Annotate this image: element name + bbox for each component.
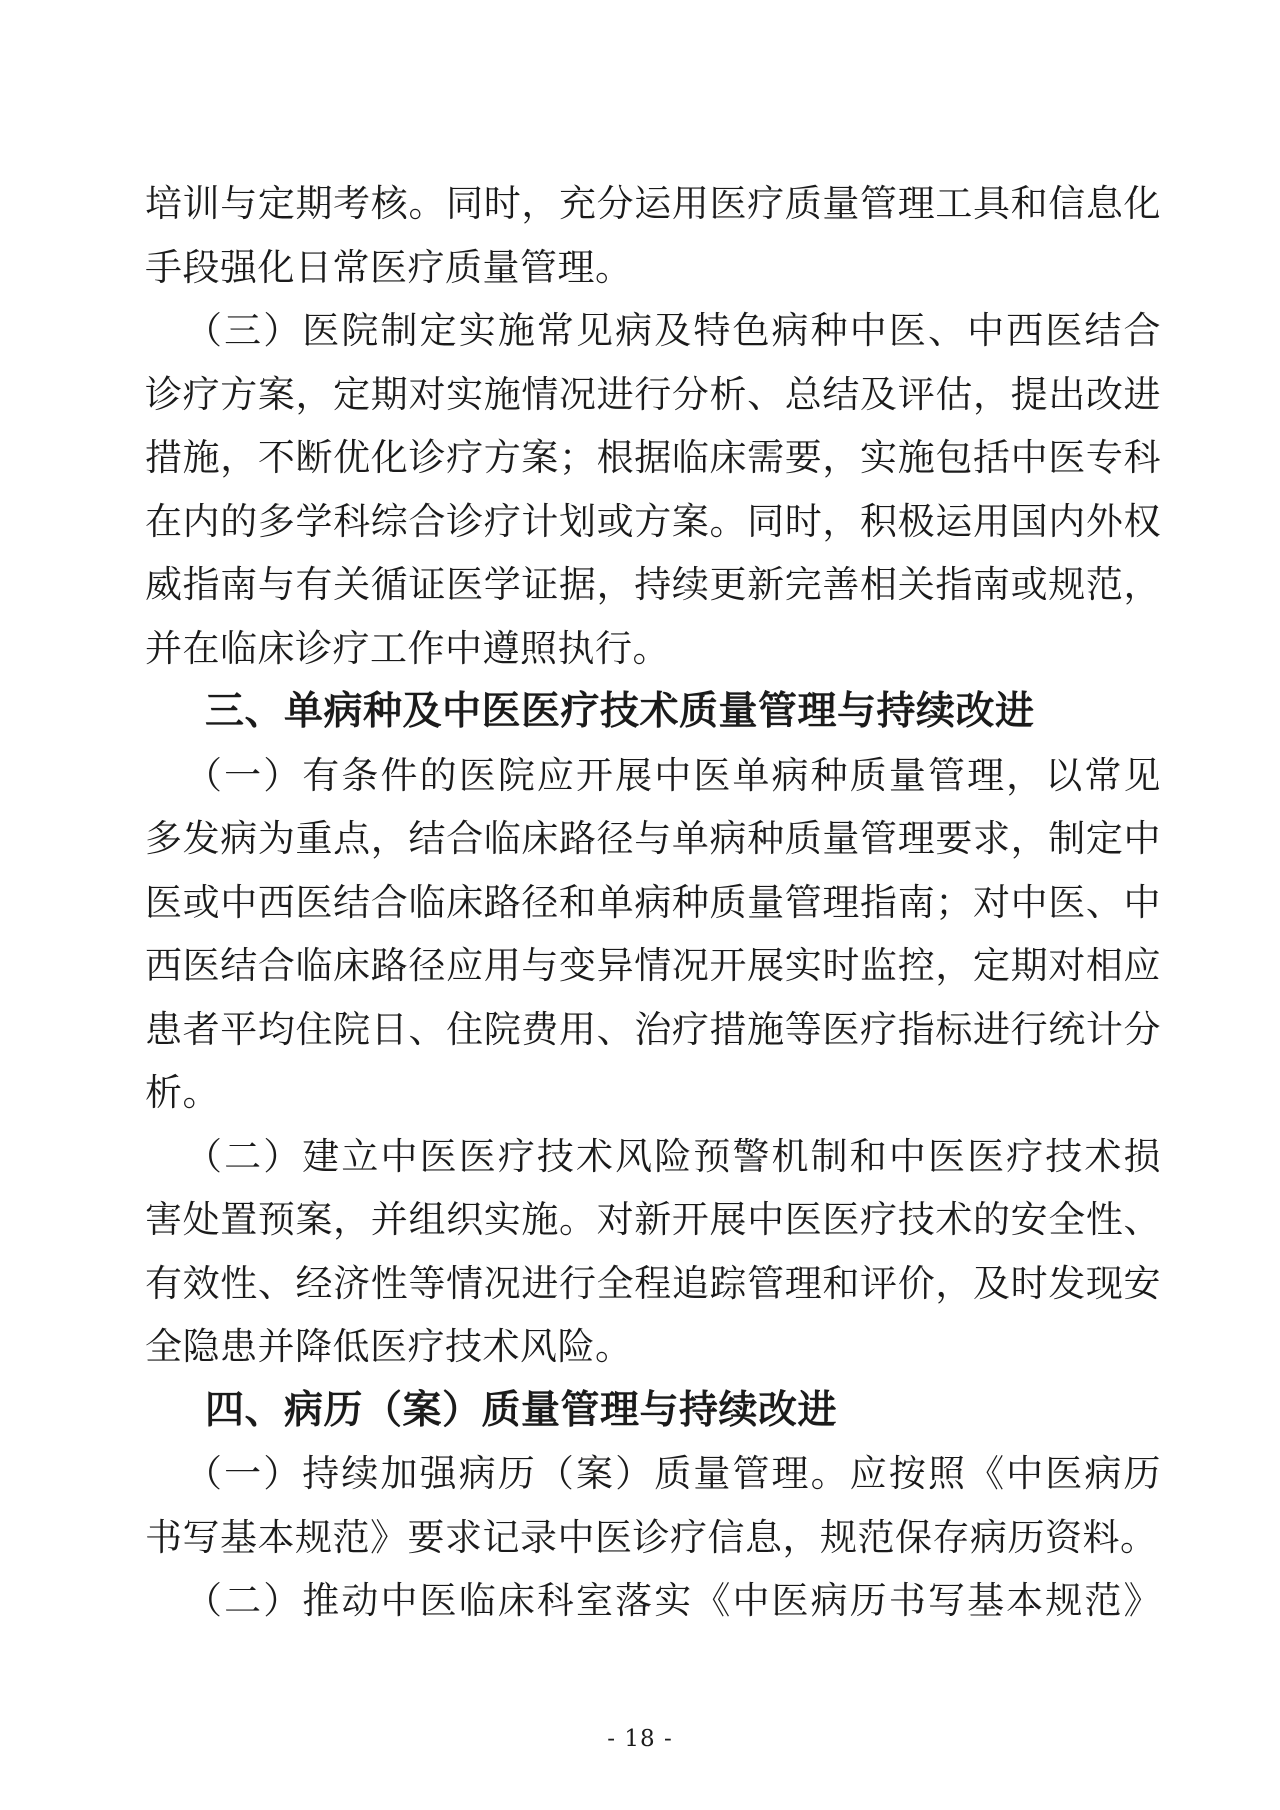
text-line: （一）持续加强病历（案）质量管理。应按照《中医病历	[145, 1442, 1161, 1506]
text-line: 害处置预案，并组织实施。对新开展中医医疗技术的安全性、	[145, 1188, 1161, 1252]
text-line: 析。	[145, 1061, 1161, 1125]
section-heading: 三、单病种及中医医疗技术质量管理与持续改进	[145, 680, 1161, 744]
page-footer: - 18 -	[0, 1726, 1280, 1752]
page-number: - 18 -	[607, 1726, 672, 1752]
section-heading: 四、病历（案）质量管理与持续改进	[145, 1379, 1161, 1443]
text-line: 诊疗方案，定期对实施情况进行分析、总结及评估，提出改进	[145, 363, 1161, 427]
text-line: 西医结合临床路径应用与变异情况开展实时监控，定期对相应	[145, 934, 1161, 998]
text-line: 在内的多学科综合诊疗计划或方案。同时，积极运用国内外权	[145, 490, 1161, 554]
text-line: 全隐患并降低医疗技术风险。	[145, 1315, 1161, 1379]
document-page: 培训与定期考核。同时，充分运用医疗质量管理工具和信息化手段强化日常医疗质量管理。…	[0, 0, 1280, 1810]
text-line: 手段强化日常医疗质量管理。	[145, 236, 1161, 300]
text-line: 培训与定期考核。同时，充分运用医疗质量管理工具和信息化	[145, 172, 1161, 236]
text-line: 有效性、经济性等情况进行全程追踪管理和评价，及时发现安	[145, 1252, 1161, 1316]
text-line: 书写基本规范》要求记录中医诊疗信息，规范保存病历资料。	[145, 1506, 1161, 1570]
text-line: （三）医院制定实施常见病及特色病种中医、中西医结合	[145, 299, 1161, 363]
text-line: 患者平均住院日、住院费用、治疗措施等医疗指标进行统计分	[145, 998, 1161, 1062]
text-line: 多发病为重点，结合临床路径与单病种质量管理要求，制定中	[145, 807, 1161, 871]
text-line: （二）建立中医医疗技术风险预警机制和中医医疗技术损	[145, 1125, 1161, 1189]
text-line: 措施，不断优化诊疗方案；根据临床需要，实施包括中医专科	[145, 426, 1161, 490]
text-line: 并在临床诊疗工作中遵照执行。	[145, 617, 1161, 681]
text-line: 威指南与有关循证医学证据，持续更新完善相关指南或规范，	[145, 553, 1161, 617]
text-line: （一）有条件的医院应开展中医单病种质量管理，以常见	[145, 744, 1161, 808]
document-body: 培训与定期考核。同时，充分运用医疗质量管理工具和信息化手段强化日常医疗质量管理。…	[145, 172, 1161, 1633]
text-line: （二）推动中医临床科室落实《中医病历书写基本规范》	[145, 1569, 1161, 1633]
text-line: 医或中西医结合临床路径和单病种质量管理指南；对中医、中	[145, 871, 1161, 935]
